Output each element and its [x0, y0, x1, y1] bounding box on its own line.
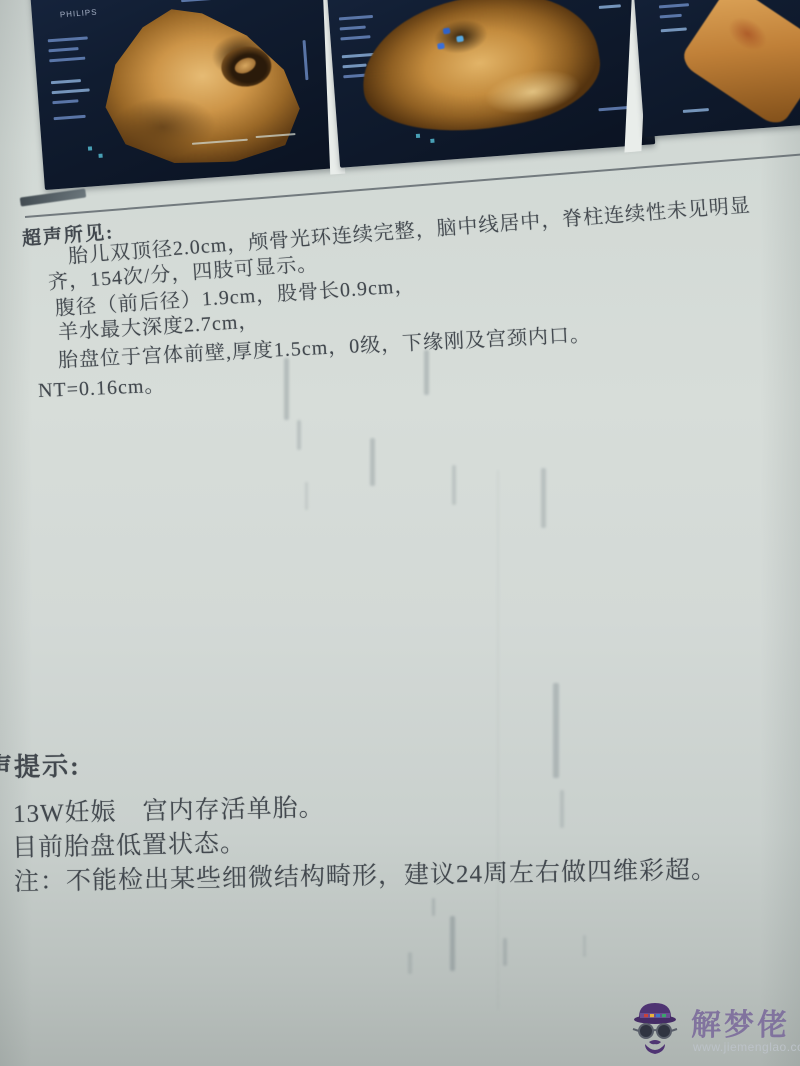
ultrasound-photo-strip: PHILIPS: [27, 0, 800, 190]
depth-scale: [302, 40, 308, 80]
ink-bleed-mark: [560, 790, 564, 828]
detective-avatar-icon: [625, 998, 685, 1058]
gestational-sac: [220, 45, 273, 89]
scan-info-text: [181, 0, 225, 2]
photographed-ultrasound-report: { "machine": { "brand": "PHILIPS" }, "re…: [0, 0, 800, 1066]
embryo: [232, 55, 258, 77]
scan-info-text: [51, 79, 81, 84]
scan-info-text: [659, 3, 689, 8]
doppler-flow-mark: [437, 43, 445, 50]
caliper-mark: [88, 146, 92, 150]
ink-bleed-mark: [370, 438, 375, 486]
watermark-logo: 解梦佬 www.jiemenglao.com: [625, 998, 797, 1060]
scan-info-text: [599, 4, 621, 9]
scan-info-text: [48, 47, 78, 52]
scan-info-text: [54, 115, 86, 120]
ink-bleed-mark: [424, 350, 429, 395]
scan-info-text: [340, 26, 366, 31]
findings-line: NT=0.16cm。: [37, 369, 165, 403]
scan-info-text: [339, 15, 373, 21]
ink-bleed-mark: [408, 952, 412, 974]
philips-logo-text: PHILIPS: [60, 8, 98, 20]
ink-bleed-mark: [450, 916, 455, 971]
fetus-longitudinal-image: [352, 0, 608, 147]
scan-info-text: [683, 108, 709, 113]
scan-info-text: [340, 35, 370, 40]
doppler-flow-mark: [443, 27, 451, 34]
ink-bleed-mark: [305, 482, 308, 510]
scan-info-text: [52, 99, 78, 104]
ink-bleed-mark: [541, 468, 546, 528]
impression-line: 13W妊娠 宫内存活单胎。: [13, 787, 325, 830]
paper-fold-shading: [497, 470, 499, 1010]
watermark-url: www.jiemenglao.com: [693, 1040, 800, 1054]
ink-bleed-mark: [284, 358, 289, 420]
scan-info-text: [48, 36, 88, 42]
scan-info-text: [49, 57, 85, 63]
ultrasound-photo-2: [322, 0, 655, 168]
watermark-brand: 解梦佬: [691, 1000, 790, 1044]
photo-corner-shadow: [20, 188, 87, 206]
scan-info-text: [342, 64, 366, 69]
caliper-mark: [416, 134, 420, 138]
ink-bleed-mark: [297, 420, 301, 450]
ultrasound-photo-3: [627, 0, 800, 137]
scan-info-text: [660, 14, 682, 19]
caliper-mark: [430, 139, 434, 143]
ultrasound-photo-1: PHILIPS: [27, 0, 340, 190]
ultrasound-fan-image: [90, 0, 316, 172]
ink-bleed-mark: [553, 683, 559, 778]
ink-bleed-mark: [432, 898, 435, 916]
ink-bleed-mark: [503, 938, 507, 966]
doppler-flow-mark: [456, 35, 464, 42]
impression-heading: 超声提示:: [0, 745, 81, 785]
scan-info-text: [52, 88, 90, 94]
ink-bleed-mark: [583, 935, 586, 957]
scan-info-text: [661, 27, 687, 32]
ink-bleed-mark: [452, 465, 456, 505]
caliper-mark: [98, 154, 102, 158]
